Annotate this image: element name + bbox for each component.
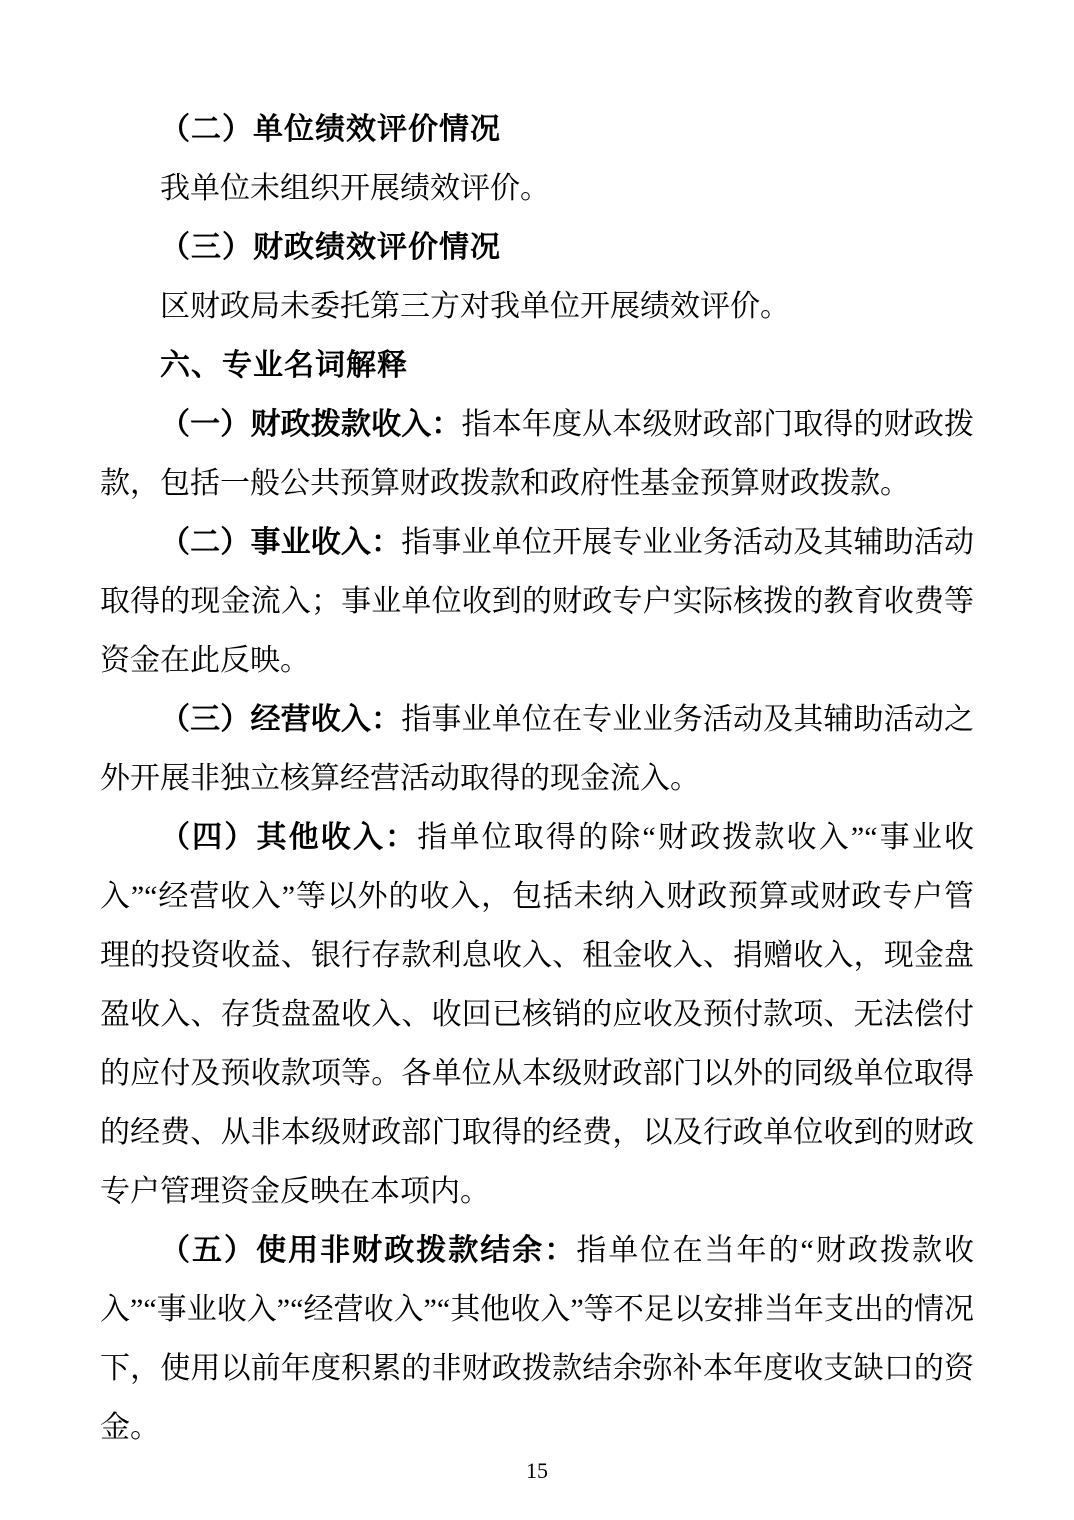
term-paragraph: （四）其他收入：指单位取得的除“财政拨款收入”“事业收入”“经营收入”等以外的收… <box>100 808 974 1221</box>
document-page: （二）单位绩效评价情况我单位未组织开展绩效评价。（三）财政绩效评价情况区财政局未… <box>0 0 1074 1520</box>
document-content: （二）单位绩效评价情况我单位未组织开展绩效评价。（三）财政绩效评价情况区财政局未… <box>100 100 974 1457</box>
term-paragraph: （一）财政拨款收入：指本年度从本级财政部门取得的财政拨款，包括一般公共预算财政拨… <box>100 395 974 513</box>
term-paragraph: （三）经营收入：指事业单位在专业业务活动及其辅助活动之外开展非独立核算经营活动取… <box>100 690 974 808</box>
term-lead: （一）财政拨款收入： <box>160 408 462 441</box>
paragraph: 我单位未组织开展绩效评价。 <box>100 159 974 218</box>
page-number: 15 <box>0 1458 1074 1484</box>
paragraph: 区财政局未委托第三方对我单位开展绩效评价。 <box>100 277 974 336</box>
term-definition: 指单位取得的除“财政拨款收入”“事业收入”“经营收入”等以外的收入，包括未纳入财… <box>100 821 974 1208</box>
sub-heading: （三）财政绩效评价情况 <box>100 218 974 277</box>
term-paragraph: （二）事业收入：指事业单位开展专业业务活动及其辅助活动取得的现金流入；事业单位收… <box>100 513 974 690</box>
term-lead: （五）使用非财政拨款结余： <box>160 1234 576 1267</box>
term-lead: （三）经营收入： <box>160 703 401 736</box>
term-lead: （四）其他收入： <box>160 821 417 854</box>
chapter-heading: 六、专业名词解释 <box>100 336 974 395</box>
term-lead: （二）事业收入： <box>160 526 401 559</box>
term-paragraph: （五）使用非财政拨款结余：指单位在当年的“财政拨款收入”“事业收入”“经营收入”… <box>100 1221 974 1457</box>
sub-heading: （二）单位绩效评价情况 <box>100 100 974 159</box>
